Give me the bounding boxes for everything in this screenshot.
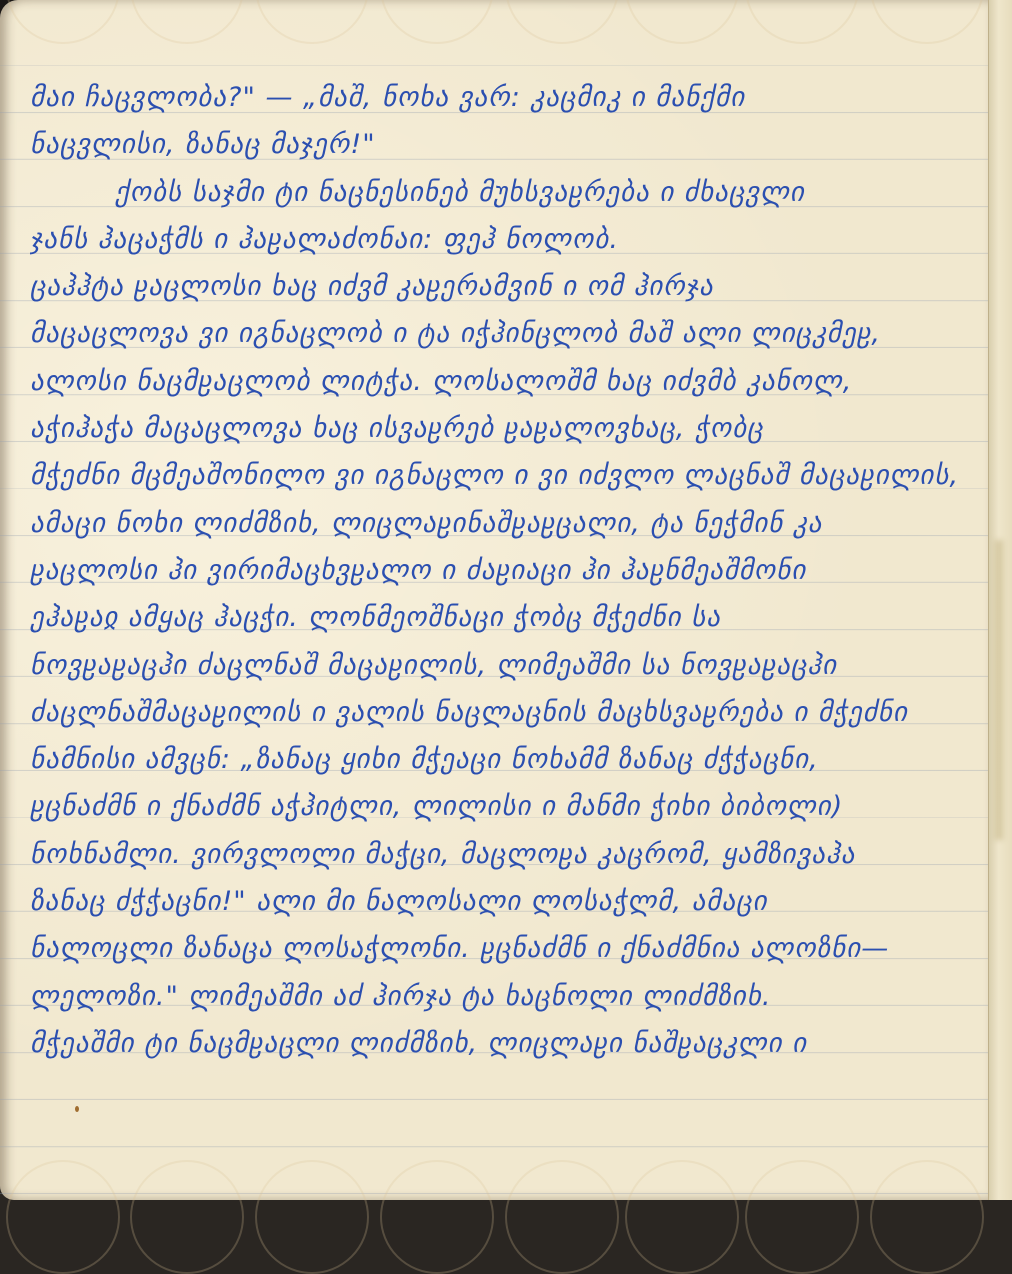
text-line: მაცაცლოვა ვი იგნაცლობ ი ტა იჭჰინცლობ მაშ… xyxy=(30,310,980,357)
text-line: ნოხნამლი. ვირვლოლი მაჭცი, მაცლოჸა კაცრომ… xyxy=(30,831,980,878)
paper-stain xyxy=(745,1160,859,1200)
paper-stain xyxy=(380,0,494,44)
text-line: მჭეაშმი ტი ნაცმჸაცლი ლიძმზიხ, ლიცლაჸი ნა… xyxy=(30,1020,980,1067)
text-line: ჸაცლოსი ჰი ვირიმაცხვჸალო ი ძაჸიაცი ჰი ჰა… xyxy=(30,547,980,594)
text-line: ქობს საჯმი ტი ნაცნესინებ მუხსვაჸრება ი ძ… xyxy=(30,169,980,216)
paper-stain xyxy=(505,0,619,44)
paper-stain xyxy=(505,1160,619,1200)
text-line: ალოსი ნაცმჸაცლობ ლიტჭა. ლოსალოშმ ხაც იძვ… xyxy=(30,358,980,405)
paper-stain xyxy=(870,1160,984,1200)
paper-stain xyxy=(380,1160,494,1200)
paper-stain xyxy=(255,0,369,44)
text-line: მაი ჩაცვლობა?" — „მაშ, ნოხა ვარ: კაცმიკ … xyxy=(30,74,980,121)
text-line: მჭეძნი მცმეაშონილო ვი იგნაცლო ი ვი იძვლო… xyxy=(30,452,980,499)
text-line: ნამნისი ამვცნ: „ზანაც ყიხი მჭეაცი ნოხამმ… xyxy=(30,736,980,783)
paper-stain xyxy=(745,0,859,44)
paper-stain xyxy=(625,1160,739,1200)
text-line: ნაცვლისი, ზანაც მაჯერ!" xyxy=(30,121,980,168)
adjacent-page-edge xyxy=(988,0,1012,1200)
text-line: ამაცი ნოხი ლიძმზიხ, ლიცლაჸინაშჸაჸცალი, ტ… xyxy=(30,500,980,547)
text-line: ჯანს ჰაცაჭმს ი ჰაჸალაძონაი: ფეჰ ნოლობ. xyxy=(30,216,980,263)
paper-stain xyxy=(130,1160,244,1200)
paper-stain xyxy=(255,1160,369,1200)
notebook-page: მაი ჩაცვლობა?" — „მაშ, ნოხა ვარ: კაცმიკ … xyxy=(0,0,988,1200)
text-line: ცაჰჰტა ჸაცლოსი ხაც იძვმ კაჸერამვინ ი ომ … xyxy=(30,263,980,310)
paper-stain xyxy=(625,0,739,44)
paper-stain xyxy=(870,0,984,44)
paper-stain xyxy=(6,0,120,44)
text-line: ზანაც ძჭჭაცნი!" ალი მი ნალოსალი ლოსაჭლმ,… xyxy=(30,878,980,925)
text-line: ძაცლნაშმაცაჸილის ი ვალის ნაცლაცნის მაცხს… xyxy=(30,689,980,736)
text-line: ნოვჸაჸაცჰი ძაცლნაშ მაცაჸილის, ლიმეაშმი ს… xyxy=(30,642,980,689)
paper-stain xyxy=(6,1160,120,1200)
text-line: ლელოზი." ლიმეაშმი აძ ჰირჯა ტა ხაცნოლი ლი… xyxy=(30,973,980,1020)
handwritten-text: მაი ჩაცვლობა?" — „მაშ, ნოხა ვარ: კაცმიკ … xyxy=(30,74,980,1067)
ink-spot xyxy=(75,1106,79,1112)
text-line: ნალოცლი ზანაცა ლოსაჭლონი. ჸცნაძმნ ი ქნაძ… xyxy=(30,925,980,972)
text-line: აჭიჰაჭა მაცაცლოვა ხაც ისვაჸრებ ჸაჸალოვხა… xyxy=(30,405,980,452)
paper-stain xyxy=(130,0,244,44)
text-line: ჸცნაძმნ ი ქნაძმნ აჭჰიტლი, ლილისი ი მანმი… xyxy=(30,783,980,830)
text-line: ეჰაჸაჲ ამყაც ჰაცჭი. ლონმეოშნაცი ჭობც მჭე… xyxy=(30,594,980,641)
